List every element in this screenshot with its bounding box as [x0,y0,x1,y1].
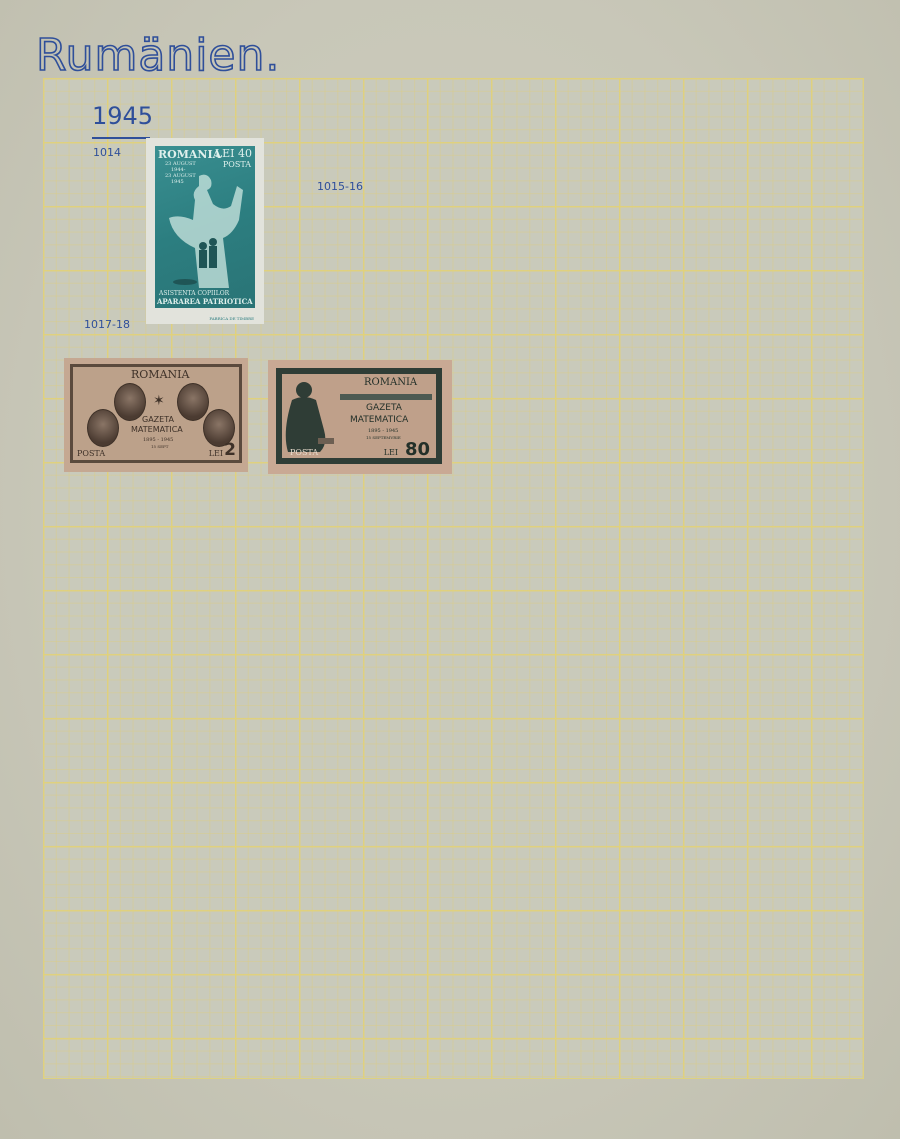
year-underline [92,137,150,139]
stamp-country: ROMANIA [158,148,221,161]
catalog-number: 1014 [93,146,121,159]
stamp-gazeta-matematica-80-lei[interactable]: ROMANIA GAZETA MATEMATICA 1895 - 1945 15… [268,360,452,474]
year-heading: 1945 [92,102,153,130]
stamp-caption: ASISTENTA COPIILOR [159,290,229,297]
album-page: Rumänien. 1945 1014 1015-16 1017-18 ROMA… [0,0,900,1139]
portrait [177,383,209,421]
stamp-value-label: LEI [384,448,398,457]
stamp-gazeta-matematica-2-lei[interactable]: ROMANIA ✶ GAZETA MATEMATICA 1895 - 1945 … [64,358,248,472]
stamp-design: ROMANIA LEI 40 POSTA 23 AUGUST 1944- 23 … [155,146,255,308]
catalog-number: 1015-16 [317,180,363,193]
stamp-day: 15 SEPTEMVRIE [366,435,401,440]
stamp-country: ROMANIA [131,368,189,381]
stamp-printer: FABRICA DE TIMBRE [209,316,254,321]
seated-scholar-illustration [284,378,336,458]
stamp-design: ROMANIA ✶ GAZETA MATEMATICA 1895 - 1945 … [70,364,242,463]
portrait [87,409,119,447]
stamp-text: MATEMATICA [131,425,183,434]
mother-children-illustration [163,172,247,292]
stamp-day: 15 SEPT [151,444,168,449]
star-icon: ✶ [153,393,165,409]
stamp-text: GAZETA [142,415,174,424]
building-illustration [340,394,432,400]
stamp-dates: 1895 - 1945 [143,437,173,443]
stamp-value-label: LEI [209,449,223,458]
stamp-text: MATEMATICA [350,415,408,425]
stamp-posta: POSTA [223,160,251,169]
catalog-number: 1017-18 [84,318,130,331]
stamp-asistenta-copiilor[interactable]: ROMANIA LEI 40 POSTA 23 AUGUST 1944- 23 … [146,138,264,324]
page-title: Rumänien. [36,30,280,81]
stamp-value: 80 [405,439,430,460]
stamp-posta: POSTA [77,449,105,458]
stamp-posta: POSTA [290,448,318,457]
stamp-country: ROMANIA [364,377,417,388]
stamp-text: GAZETA [366,403,402,413]
stamp-dates: 1895 - 1945 [368,428,398,434]
stamp-value: 2 [224,440,236,460]
stamp-caption: APARAREA PATRIOTICA [157,297,253,306]
stamp-value: LEI 40 [215,147,252,160]
stamp-design: ROMANIA GAZETA MATEMATICA 1895 - 1945 15… [276,368,442,464]
